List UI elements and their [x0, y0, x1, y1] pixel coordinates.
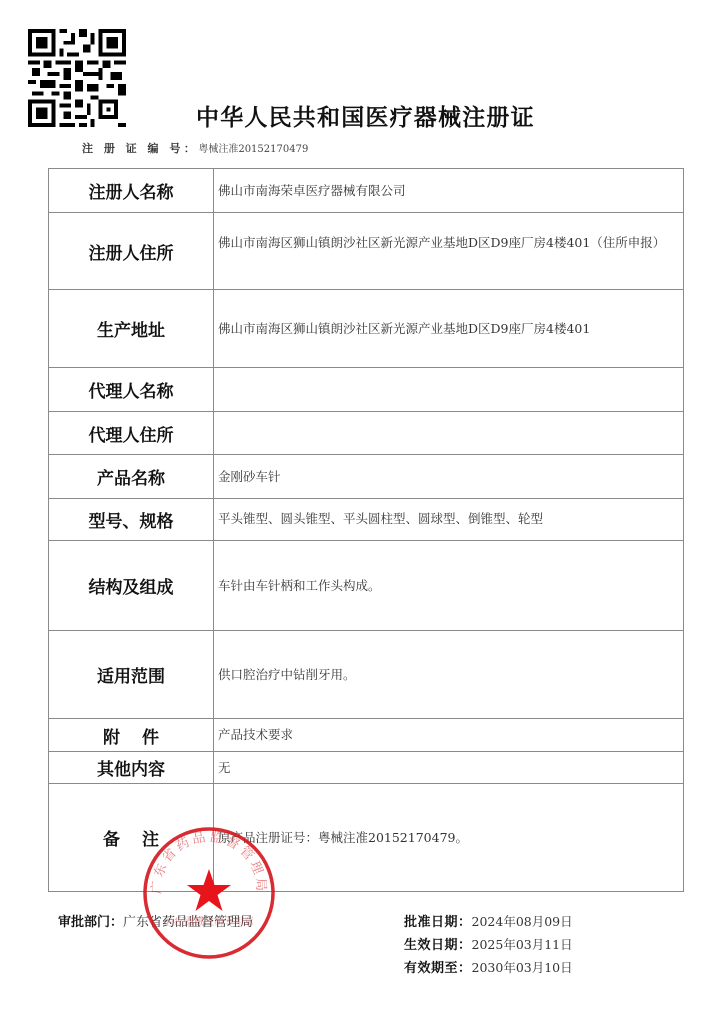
- effective-date-label: 生效日期：: [404, 938, 472, 953]
- table-row: 生产地址 佛山市南海区狮山镇朗沙社区新光源产业基地D区D9座厂房4楼401: [49, 290, 684, 368]
- cert-number-value: 粤械注准20152170479: [198, 144, 308, 155]
- row-value: 原产品注册证号：粤械注准20152170479。: [214, 784, 684, 892]
- row-label: 型号、规格: [49, 499, 214, 541]
- table-row: 其他内容 无: [49, 752, 684, 784]
- row-value: 金刚砂车针: [214, 455, 684, 499]
- dates-block: 批准日期：2024年08月09日 生效日期：2025年03月11日 有效期至：2…: [404, 911, 573, 980]
- row-label: 注册人名称: [49, 169, 214, 213]
- effective-date-value: 2025年03月11日: [472, 937, 573, 952]
- approval-department: 审批部门：广东省药品监督管理局: [58, 911, 253, 930]
- approval-department-label: 审批部门：: [58, 915, 123, 930]
- qr-code: [27, 29, 127, 127]
- row-label: 适用范围: [49, 631, 214, 719]
- table-row: 代理人名称: [49, 368, 684, 412]
- table-row: 注册人住所 佛山市南海区狮山镇朗沙社区新光源产业基地D区D9座厂房4楼401（住…: [49, 213, 684, 290]
- approval-date-value: 2024年08月09日: [472, 914, 573, 929]
- row-label: 生产地址: [49, 290, 214, 368]
- approval-date: 批准日期：2024年08月09日: [404, 911, 573, 934]
- table-row: 型号、规格 平头锥型、圆头锥型、平头圆柱型、圆球型、倒锥型、轮型: [49, 499, 684, 541]
- cert-number-label: 注 册 证 编 号：: [82, 142, 198, 155]
- table-row: 附件 产品技术要求: [49, 719, 684, 752]
- row-value: 供口腔治疗中钻削牙用。: [214, 631, 684, 719]
- row-value: 产品技术要求: [214, 719, 684, 752]
- effective-date: 生效日期：2025年03月11日: [404, 934, 573, 957]
- row-label: 结构及组成: [49, 541, 214, 631]
- expiry-date: 有效期至：2030年03月10日: [404, 957, 573, 980]
- table-row: 备注 原产品注册证号：粤械注准20152170479。: [49, 784, 684, 892]
- row-label: 备注: [49, 784, 214, 892]
- document-title: 中华人民共和国医疗器械注册证: [196, 99, 535, 132]
- row-value: 佛山市南海荣卓医疗器械有限公司: [214, 169, 684, 213]
- row-value: [214, 368, 684, 412]
- row-value: [214, 412, 684, 455]
- row-label: 其他内容: [49, 752, 214, 784]
- table-row: 适用范围 供口腔治疗中钻削牙用。: [49, 631, 684, 719]
- row-value: 佛山市南海区狮山镇朗沙社区新光源产业基地D区D9座厂房4楼401: [214, 290, 684, 368]
- expiry-date-value: 2030年03月10日: [472, 960, 573, 975]
- row-value: 车针由车针柄和工作头构成。: [214, 541, 684, 631]
- table-row: 结构及组成 车针由车针柄和工作头构成。: [49, 541, 684, 631]
- row-label-text: 备注: [81, 830, 181, 850]
- table-row: 产品名称 金刚砂车针: [49, 455, 684, 499]
- row-value: 平头锥型、圆头锥型、平头圆柱型、圆球型、倒锥型、轮型: [214, 499, 684, 541]
- table-row: 注册人名称 佛山市南海荣卓医疗器械有限公司: [49, 169, 684, 213]
- approval-date-label: 批准日期：: [404, 915, 472, 930]
- row-label: 产品名称: [49, 455, 214, 499]
- row-value: 佛山市南海区狮山镇朗沙社区新光源产业基地D区D9座厂房4楼401（住所申报）: [214, 213, 684, 290]
- registration-table: 注册人名称 佛山市南海荣卓医疗器械有限公司 注册人住所 佛山市南海区狮山镇朗沙社…: [48, 168, 684, 892]
- row-label: 代理人名称: [49, 368, 214, 412]
- table-row: 代理人住所: [49, 412, 684, 455]
- row-label: 代理人住所: [49, 412, 214, 455]
- row-label: 注册人住所: [49, 213, 214, 290]
- approval-department-value: 广东省药品监督管理局: [123, 915, 253, 930]
- expiry-date-label: 有效期至：: [404, 961, 472, 976]
- row-value: 无: [214, 752, 684, 784]
- row-label: 附件: [49, 719, 214, 752]
- row-label-text: 附件: [81, 728, 181, 748]
- cert-number: 注 册 证 编 号：粤械注准20152170479: [82, 140, 308, 156]
